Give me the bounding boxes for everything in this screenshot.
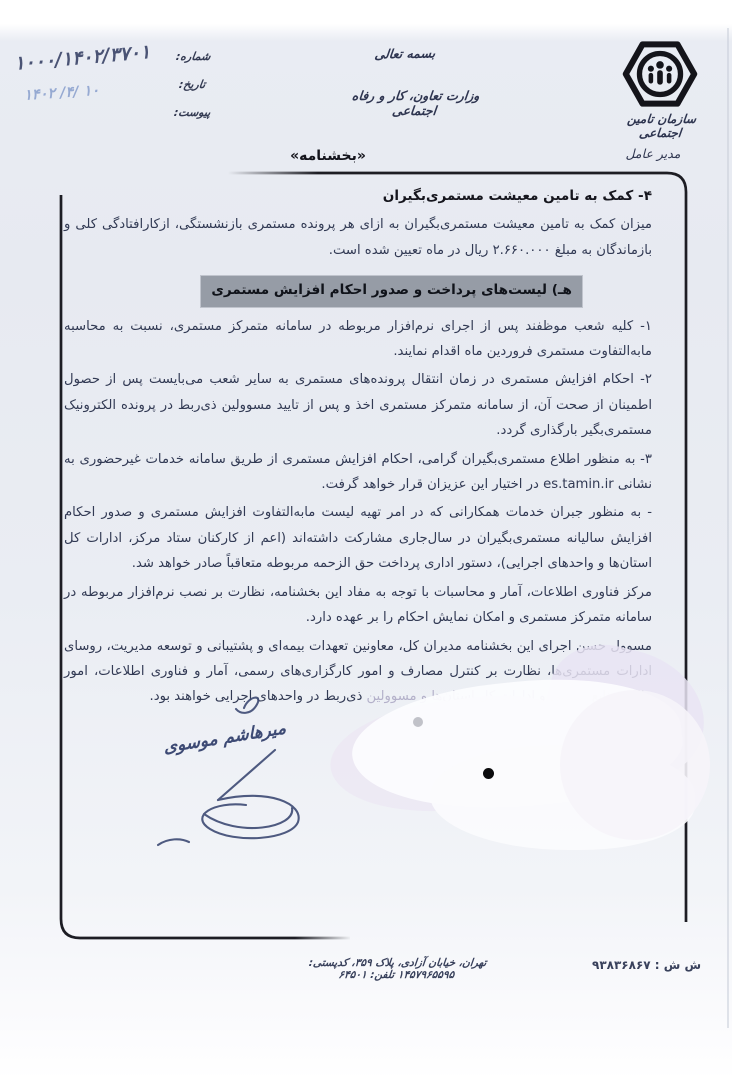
- scan-speck-black: [483, 768, 494, 779]
- ministry-name: وزارت تعاون، کار و رفاه اجتماعی: [328, 88, 501, 118]
- page-edge-shadow: [727, 28, 729, 1028]
- org-address: تهران، خیابان آزادی، پلاک ۳۵۹، کدپستی: ۱…: [281, 957, 514, 981]
- attachment-label: پیوست:: [173, 106, 211, 119]
- item-1: ۱- کلیه شعب موظفند پس از اجرای نرم‌افزار…: [64, 314, 652, 365]
- item-5: مرکز فناوری اطلاعات، آمار و محاسبات با ت…: [64, 580, 652, 631]
- circular-body: ۴- کمک به تامین معیشت مستمری‌بگیران میزا…: [64, 184, 652, 713]
- item-3: ۳- به منظور اطلاع مستمری‌بگیران گرامی، ا…: [64, 447, 652, 498]
- item-4: - به منظور جبران خدمات همکارانی که در ام…: [64, 500, 652, 576]
- managing-director-title: مدیر عامل: [608, 146, 698, 161]
- social-security-organization-logo-icon: [620, 36, 700, 112]
- section-4-paragraph: میزان کمک به تامین معیشت مستمری‌بگیران ب…: [64, 212, 652, 263]
- scan-blob-white: [560, 690, 710, 840]
- serial-number: ش ش : ۹۳۸۳۶۸۶۷: [592, 958, 712, 972]
- section-4-title: ۴- کمک به تامین معیشت مستمری‌بگیران: [64, 184, 652, 209]
- item-2: ۲- احکام افزایش مستمری در زمان انتقال پر…: [64, 367, 652, 443]
- signature-flourish: [128, 688, 338, 858]
- document-type-title: «بخشنامه»: [288, 148, 368, 164]
- number-label: شماره:: [175, 50, 211, 63]
- handwritten-number: ۱۰۰۰/۱۴۰۲/۳۷۰۱: [13, 39, 170, 75]
- bismillah: بسمه تعالی: [359, 45, 451, 62]
- scan-speck-gray: [413, 717, 423, 727]
- section-5-highlighted-title: هـ) لیست‌های پرداخت و صدور احکام افزایش …: [201, 276, 582, 306]
- handwritten-date: ۱۴۰۲ /۴/ ۱۰: [24, 80, 137, 104]
- scanned-circular-page: سازمان تامین اجتماعی مدیر عامل بسمه تعال…: [0, 0, 732, 1080]
- org-name: سازمان تامین اجتماعی: [605, 112, 718, 140]
- date-label: تاریخ:: [178, 78, 206, 91]
